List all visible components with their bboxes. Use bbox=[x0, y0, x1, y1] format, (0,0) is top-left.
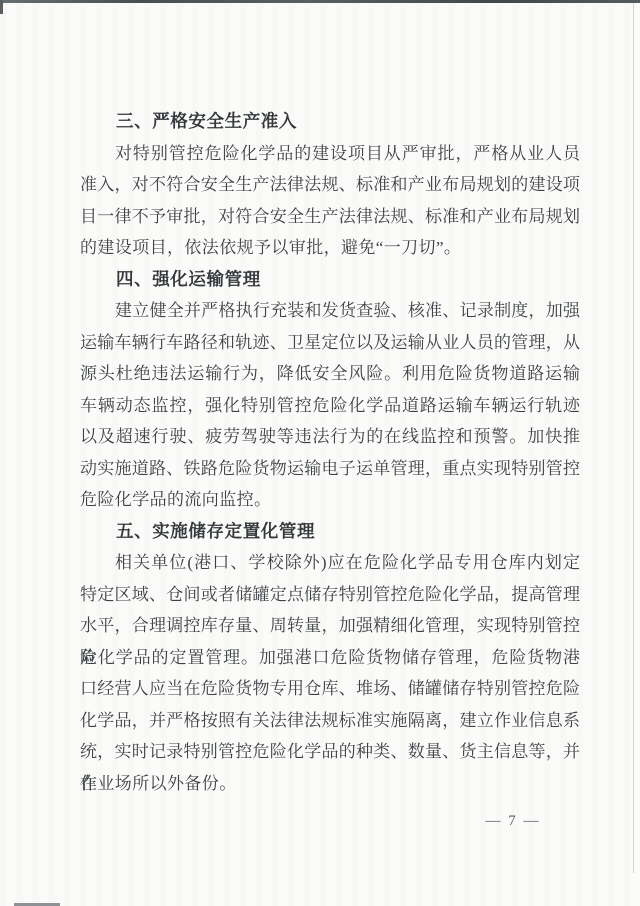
text-line: 的建设项目，依法依规予以审批，避免“一刀切”。 bbox=[80, 232, 580, 264]
text-line: 统，实时记录特别管控危险化学品的种类、数量、货主信息等，并在 bbox=[80, 736, 580, 768]
section-4-heading: 四、强化运输管理 bbox=[80, 264, 580, 296]
text-line: 危险化学品的流向监控。 bbox=[80, 484, 580, 516]
text-line: 对特别管控危险化学品的建设项目从严审批，严格从业人员 bbox=[80, 138, 580, 170]
text-line: 相关单位(港口、学校除外)应在危险化学品专用仓库内划定 bbox=[80, 547, 580, 579]
text-line: 水平，合理调控库存量、周转量，加强精细化管理，实现特别管控危 bbox=[80, 610, 580, 642]
scan-left-notch bbox=[0, 0, 3, 14]
text-line: 目一律不予审批，对符合安全生产法律法规、标准和产业布局规划 bbox=[80, 201, 580, 233]
text-line: 建立健全并严格执行充装和发货查验、核准、记录制度，加强 bbox=[80, 295, 580, 327]
text-line: 运输车辆行车路径和轨迹、卫星定位以及运输从业人员的管理，从 bbox=[80, 327, 580, 359]
text-line: 口经营人应当在危险货物专用仓库、堆场、储罐储存特别管控危险 bbox=[80, 673, 580, 705]
text-line: 作业场所以外备份。 bbox=[80, 768, 580, 800]
page-number: — 7 — bbox=[458, 809, 568, 833]
text-line: 动实施道路、铁路危险货物运输电子运单管理，重点实现特别管控 bbox=[80, 453, 580, 485]
text-line: 车辆动态监控，强化特别管控危险化学品道路运输车辆运行轨迹 bbox=[80, 390, 580, 422]
section-3-heading: 三、严格安全生产准入 bbox=[80, 106, 580, 138]
section-5-heading: 五、实施储存定置化管理 bbox=[80, 516, 580, 548]
text-line: 源头杜绝违法运输行为，降低安全风险。利用危险货物道路运输 bbox=[80, 358, 580, 390]
scan-right-edge bbox=[633, 3, 634, 873]
text-line: 化学品，并严格按照有关法律法规标准实施隔离，建立作业信息系 bbox=[80, 705, 580, 737]
scan-top-edge bbox=[0, 0, 640, 3]
document-body: 三、严格安全生产准入 对特别管控危险化学品的建设项目从严审批，严格从业人员 准入… bbox=[80, 106, 580, 799]
text-line: 险化学品的定置管理。加强港口危险货物储存管理，危险货物港 bbox=[80, 642, 580, 674]
text-line: 以及超速行驶、疲劳驾驶等违法行为的在线监控和预警。加快推 bbox=[80, 421, 580, 453]
text-line: 准入，对不符合安全生产法律法规、标准和产业布局规划的建设项 bbox=[80, 169, 580, 201]
text-line: 特定区域、仓间或者储罐定点储存特别管控危险化学品，提高管理 bbox=[80, 579, 580, 611]
